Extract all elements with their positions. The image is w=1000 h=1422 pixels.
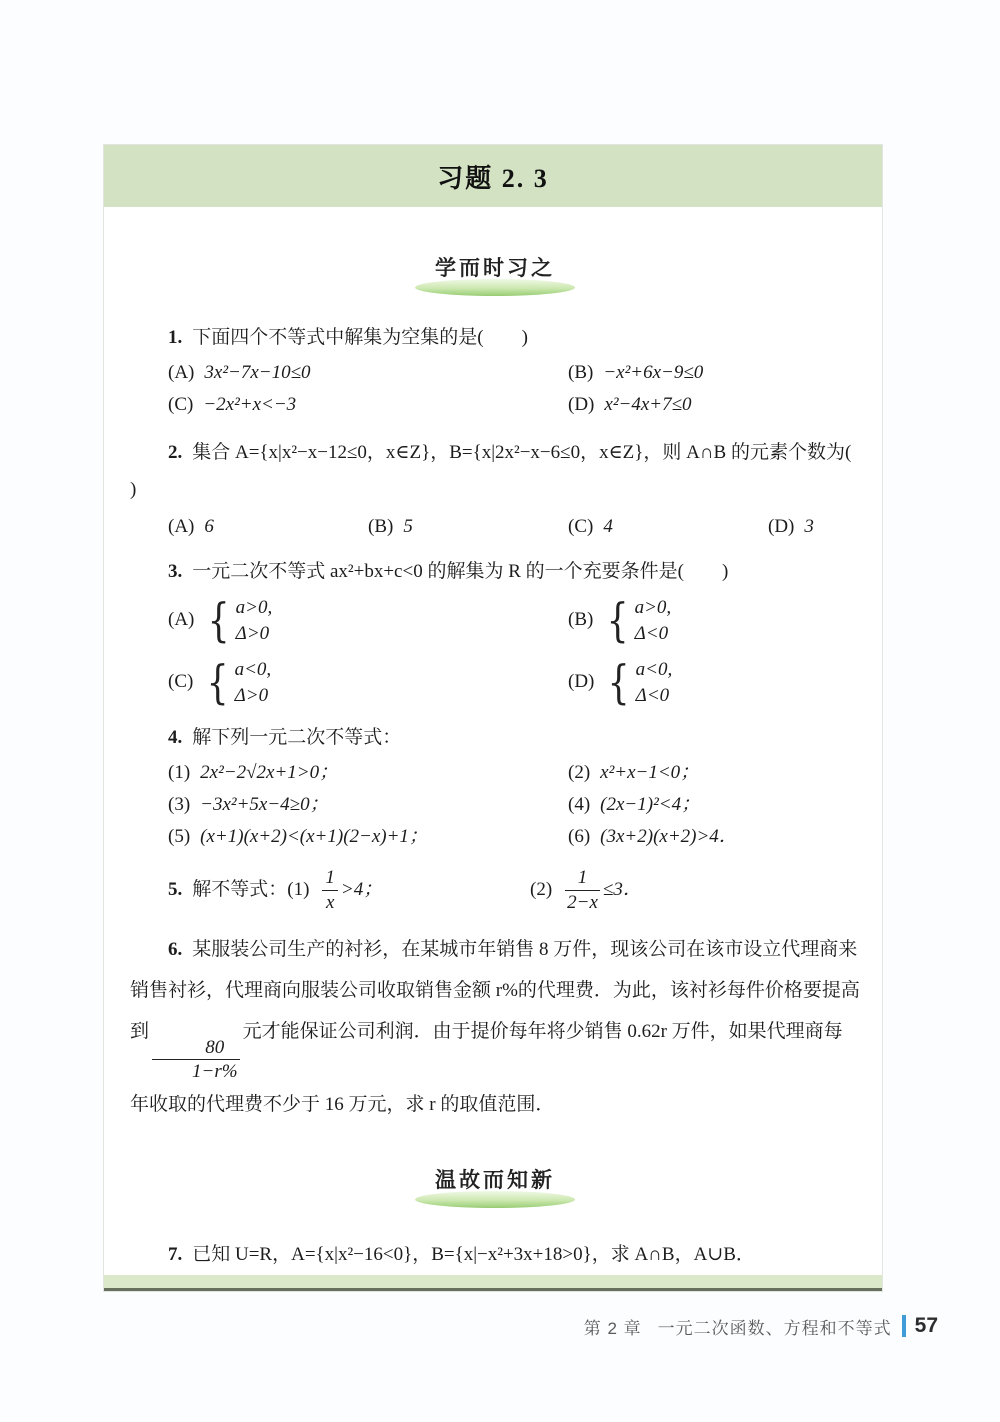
problem-4-stem: 4.解下列一元二次不等式：	[130, 722, 860, 754]
option-text: x²−4x+7≤0	[604, 394, 691, 415]
option-c: (C)4	[568, 512, 768, 542]
problem-6: 6.某服装公司生产的衬衫，在某城市年销售 8 万件，现该公司在该市设立代理商来销…	[130, 929, 860, 1126]
item-text: x²+x−1<0；	[600, 762, 699, 783]
problem-number: 1.	[168, 327, 182, 348]
page-content: 学而时习之 1.下面四个不等式中解集为空集的是( ) (A)3x²−7x−10≤…	[104, 207, 882, 1275]
problem-3-options: (A) { a>0,Δ>0 (B) { a>0,Δ<0 (C) { a<0,Δ>…	[130, 594, 860, 708]
section-practice-heading: 学而时习之	[435, 253, 555, 286]
problem-stem-text: 解下列一元二次不等式：	[192, 727, 401, 748]
exercise-title: 习题 2. 3	[437, 158, 549, 195]
condition-line: Δ<0	[636, 683, 673, 708]
option-d: (D) { a<0,Δ<0	[568, 656, 860, 708]
problem-stem-text: 一元二次不等式 ax²+bx+c<0 的解集为 R 的一个充要条件是( )	[192, 561, 728, 582]
problem-1-stem: 1.下面四个不等式中解集为空集的是( )	[130, 322, 860, 354]
option-label: (C)	[168, 394, 193, 415]
sub-item-1: (1)2x²−2√2x+1>0；	[168, 758, 568, 788]
condition-line: a>0,	[635, 595, 672, 620]
chapter-label: 第 2 章	[584, 1314, 642, 1339]
item-label: (1)	[168, 762, 190, 783]
condition-line: Δ>0	[236, 621, 273, 646]
option-label: (A)	[168, 516, 194, 537]
option-c: (C)−2x²+x<−3	[168, 390, 568, 420]
item-label: (3)	[168, 794, 190, 815]
fraction-numerator: 1	[565, 866, 600, 891]
fraction: 1x	[322, 866, 338, 915]
sub-item-1: 5.解不等式：(1)1x>4；	[130, 866, 530, 915]
problem-text: 已知 U=R，A={x|x²−16<0}，B={x|−x²+3x+18>0}，求…	[192, 1244, 755, 1265]
option-text: 4	[603, 516, 613, 537]
page-bottom-bar	[104, 1275, 882, 1291]
chapter-title: 一元二次函数、方程和不等式	[658, 1314, 892, 1339]
condition-line: a>0,	[236, 595, 273, 620]
page-footer: 第 2 章 一元二次函数、方程和不等式 57	[584, 1312, 938, 1340]
item-text: −3x²+5x−4≥0；	[200, 794, 328, 815]
exercise-banner: 习题 2. 3	[104, 145, 882, 207]
problem-1: 1.下面四个不等式中解集为空集的是( ) (A)3x²−7x−10≤0 (B)−…	[130, 322, 860, 420]
sub-item-5: (5)(x+1)(x+2)<(x+1)(2−x)+1；	[168, 822, 568, 852]
problem-stem-text: 下面四个不等式中解集为空集的是( )	[192, 327, 528, 348]
option-label: (C)	[168, 666, 193, 698]
option-label: (D)	[568, 666, 594, 698]
fraction-denominator: 2−x	[565, 891, 600, 915]
option-conditions: a>0,Δ>0	[236, 595, 273, 646]
item-label: (4)	[568, 794, 590, 815]
option-label: (B)	[568, 604, 593, 636]
option-b: (B)−x²+6x−9≤0	[568, 358, 860, 388]
option-label: (D)	[768, 516, 794, 537]
problem-3-stem: 3.一元二次不等式 ax²+bx+c<0 的解集为 R 的一个充要条件是( )	[130, 556, 860, 588]
problem-6-text: 6.某服装公司生产的衬衫，在某城市年销售 8 万件，现该公司在该市设立代理商来销…	[130, 929, 860, 1126]
problem-2: 2.集合 A={x|x²−x−12≤0，x∈Z}，B={x|2x²−x−6≤0，…	[130, 434, 860, 542]
option-label: (B)	[368, 516, 393, 537]
option-b: (B)5	[368, 512, 568, 542]
option-label: (C)	[568, 516, 593, 537]
option-label: (A)	[168, 362, 194, 383]
page-number-divider	[902, 1315, 906, 1337]
option-label: (A)	[168, 604, 194, 636]
option-label: (D)	[568, 394, 594, 415]
page-number: 57	[915, 1314, 938, 1338]
section-review-heading: 温故而知新	[435, 1165, 555, 1198]
problem-5: 5.解不等式：(1)1x>4； (2)12−x≤3．	[130, 866, 860, 915]
problem-stem-text: 集合 A={x|x²−x−12≤0，x∈Z}，B={x|2x²−x−6≤0，x∈…	[130, 442, 882, 500]
item-text: ≤3．	[603, 874, 642, 906]
problem-1-options: (A)3x²−7x−10≤0 (B)−x²+6x−9≤0 (C)−2x²+x<−…	[130, 358, 860, 420]
option-text: 3	[804, 516, 814, 537]
problem-stem-text: 解不等式：	[192, 874, 287, 906]
curly-brace-glyph: {	[608, 656, 630, 708]
problem-number: 2.	[168, 442, 182, 463]
item-label: (6)	[568, 826, 590, 847]
option-conditions: a<0,Δ<0	[636, 657, 673, 708]
option-b: (B) { a>0,Δ<0	[568, 594, 860, 646]
item-text: >4；	[341, 874, 382, 906]
section-review-title: 温故而知新	[435, 1169, 555, 1192]
sub-item-6: (6)(3x+2)(x+2)>4．	[568, 822, 860, 852]
problem-7-text: 7.已知 U=R，A={x|x²−16<0}，B={x|−x²+3x+18>0}…	[130, 1236, 860, 1273]
curly-brace-glyph: {	[607, 594, 629, 646]
option-text: −2x²+x<−3	[203, 394, 296, 415]
item-text: (3x+2)(x+2)>4．	[600, 826, 738, 847]
fraction-numerator: 1	[322, 866, 338, 891]
problem-2-options: (A)6 (B)5 (C)4 (D)3	[130, 512, 860, 542]
option-label: (B)	[568, 362, 593, 383]
sub-item-3: (3)−3x²+5x−4≥0；	[168, 790, 568, 820]
problem-4: 4.解下列一元二次不等式： (1)2x²−2√2x+1>0； (2)x²+x−1…	[130, 722, 860, 852]
option-conditions: a>0,Δ<0	[635, 595, 672, 646]
condition-line: Δ>0	[235, 683, 272, 708]
option-text: 6	[204, 516, 214, 537]
item-text: (x+1)(x+2)<(x+1)(2−x)+1；	[200, 826, 428, 847]
green-swoosh	[415, 279, 575, 296]
option-d: (D)x²−4x+7≤0	[568, 390, 860, 420]
problem-number: 3.	[168, 561, 182, 582]
problem-number: 5.	[168, 874, 182, 906]
sub-item-2: (2)x²+x−1<0；	[568, 758, 860, 788]
curly-brace-glyph: {	[208, 594, 230, 646]
item-label: (2)	[530, 874, 552, 906]
option-text: 5	[403, 516, 413, 537]
problem-3: 3.一元二次不等式 ax²+bx+c<0 的解集为 R 的一个充要条件是( ) …	[130, 556, 860, 708]
option-a: (A)3x²−7x−10≤0	[168, 358, 568, 388]
option-c: (C) { a<0,Δ>0	[168, 656, 568, 708]
problem-number: 7.	[168, 1244, 182, 1265]
sub-item-4: (4)(2x−1)²<4；	[568, 790, 860, 820]
fraction: 801−r%	[152, 1036, 240, 1085]
problem-4-items: (1)2x²−2√2x+1>0； (2)x²+x−1<0； (3)−3x²+5x…	[130, 758, 860, 852]
curly-brace-glyph: {	[207, 656, 229, 708]
condition-line: a<0,	[235, 657, 272, 682]
condition-line: Δ<0	[635, 621, 672, 646]
item-text: (2x−1)²<4；	[600, 794, 700, 815]
item-label: (5)	[168, 826, 190, 847]
fraction: 12−x	[565, 866, 600, 915]
problem-2-stem: 2.集合 A={x|x²−x−12≤0，x∈Z}，B={x|2x²−x−6≤0，…	[130, 434, 860, 508]
option-conditions: a<0,Δ>0	[235, 657, 272, 708]
problem-7: 7.已知 U=R，A={x|x²−16<0}，B={x|−x²+3x+18>0}…	[130, 1236, 860, 1273]
item-label: (2)	[568, 762, 590, 783]
option-text: −x²+6x−9≤0	[603, 362, 703, 383]
option-a: (A)6	[168, 512, 368, 542]
item-text: 2x²−2√2x+1>0；	[200, 762, 338, 783]
sub-item-2: (2)12−x≤3．	[530, 866, 860, 915]
problem-number: 6.	[168, 939, 182, 960]
problem-5-items: 5.解不等式：(1)1x>4； (2)12−x≤3．	[130, 866, 860, 915]
option-text: 3x²−7x−10≤0	[204, 362, 310, 383]
fraction-denominator: x	[322, 891, 338, 915]
option-a: (A) { a>0,Δ>0	[168, 594, 568, 646]
fraction-numerator: 80	[152, 1036, 240, 1061]
option-d: (D)3	[768, 512, 860, 542]
problem-number: 4.	[168, 727, 182, 748]
fraction-denominator: 1−r%	[152, 1060, 240, 1084]
condition-line: a<0,	[636, 657, 673, 682]
item-label: (1)	[287, 874, 309, 906]
section-practice-title: 学而时习之	[435, 257, 555, 280]
green-swoosh	[415, 1191, 575, 1208]
textbook-page: 习题 2. 3 学而时习之 1.下面四个不等式中解集为空集的是( ) (A)3x…	[103, 144, 883, 1292]
